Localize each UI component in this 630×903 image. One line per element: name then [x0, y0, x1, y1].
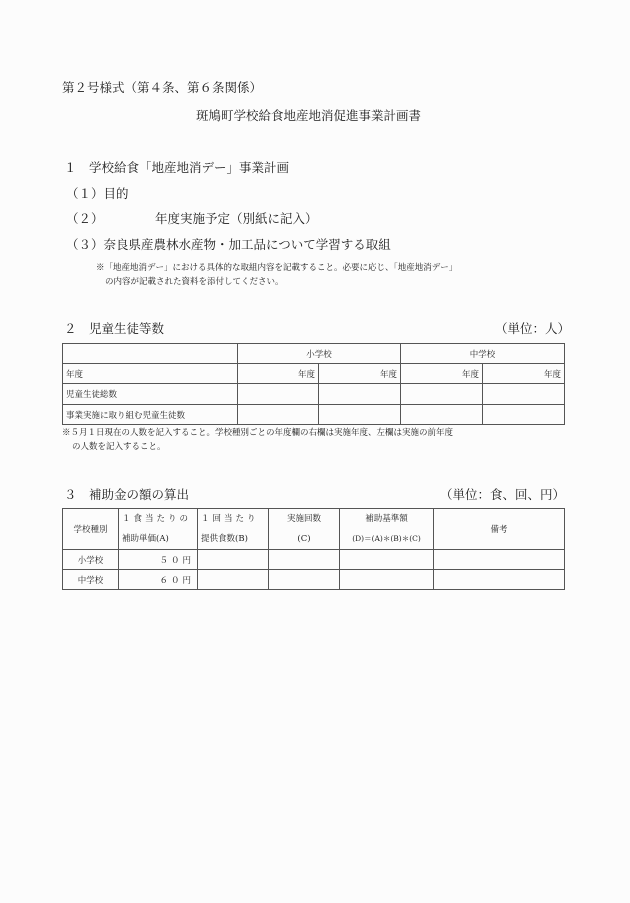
header-remarks: 備考	[434, 509, 565, 550]
section3-unit: （単位：食、回、円）	[440, 487, 565, 503]
elementary-impl-total[interactable]	[319, 384, 401, 405]
remarks-elementary[interactable]	[434, 550, 565, 570]
table-row: 中学校 ６０円	[63, 570, 565, 590]
elementary-impl-year[interactable]: 年度	[319, 364, 401, 384]
student-count-table: 小学校 中学校 年度 年度 年度 年度 年度 児童生徒総数 事業実施に取り組む児…	[62, 343, 565, 425]
table-row: 小学校 ５０円	[63, 550, 565, 570]
header-unit-price: １食当たりの 補助単価(A)	[119, 509, 198, 550]
elementary-prev-participating[interactable]	[238, 405, 319, 425]
document-title: 斑鳩町学校給食地産地消促進事業計画書	[196, 108, 421, 124]
section2-heading: ２ 児童生徒等数	[64, 321, 164, 337]
school-type-junior-high: 中学校	[63, 570, 119, 590]
junior-impl-year[interactable]: 年度	[483, 364, 565, 384]
table-row: 児童生徒総数	[63, 384, 565, 405]
row-label-participating-students: 事業実施に取り組む児童生徒数	[63, 405, 238, 425]
row-label-total-students: 児童生徒総数	[63, 384, 238, 405]
header-times: 実施回数 (C)	[269, 509, 340, 550]
elementary-prev-year[interactable]: 年度	[238, 364, 319, 384]
junior-prev-participating[interactable]	[401, 405, 483, 425]
section2-unit: （単位：人）	[495, 321, 570, 337]
section3-heading: ３ 補助金の額の算出	[64, 487, 189, 503]
junior-impl-participating[interactable]	[483, 405, 565, 425]
header-meals-per-time: １回当たり 提供食数(B)	[198, 509, 269, 550]
elementary-prev-total[interactable]	[238, 384, 319, 405]
section1-item-schedule-text: 年度実施予定（別紙に記入）	[155, 211, 318, 227]
corner-cell	[63, 344, 238, 364]
unit-price-elementary: ５０円	[119, 550, 198, 570]
header-school-type: 学校種別	[63, 509, 119, 550]
section2-note-line2: の人数を記入すること。	[72, 441, 166, 453]
form-number: 第２号様式（第４条、第６条関係）	[62, 80, 262, 96]
subsidy-calculation-table: 学校種別 １食当たりの 補助単価(A) １回当たり 提供食数(B) 実施回数 (…	[62, 508, 565, 590]
remarks-junior-high[interactable]	[434, 570, 565, 590]
times-elementary[interactable]	[269, 550, 340, 570]
junior-prev-year[interactable]: 年度	[401, 364, 483, 384]
school-type-elementary: 小学校	[63, 550, 119, 570]
group-junior-high: 中学校	[401, 344, 565, 364]
amount-elementary[interactable]	[340, 550, 434, 570]
meals-junior-high[interactable]	[198, 570, 269, 590]
meals-elementary[interactable]	[198, 550, 269, 570]
elementary-impl-participating[interactable]	[319, 405, 401, 425]
row-label-year: 年度	[63, 364, 238, 384]
unit-price-junior-high: ６０円	[119, 570, 198, 590]
section1-item-learning: （３）奈良県産農林水産物・加工品について学習する取組	[66, 237, 391, 253]
section2-note-line1: ※５月１日現在の人数を記入すること。学校種別ごとの年度欄の右欄は実施年度、左欄は…	[62, 427, 453, 439]
section1-heading: １ 学校給食「地産地消デー」事業計画	[64, 160, 289, 176]
header-base-amount: 補助基準額 (D)＝(A)＊(B)＊(C)	[340, 509, 434, 550]
times-junior-high[interactable]	[269, 570, 340, 590]
section1-note-line1: ※「地産地消デー」における具体的な取組内容を記載すること。必要に応じ、「地産地消…	[96, 262, 457, 274]
table-row: 事業実施に取り組む児童生徒数	[63, 405, 565, 425]
section1-note-line2: の内容が記載された資料を添付してください。	[105, 276, 284, 288]
section1-item-schedule-label: （２）	[66, 211, 104, 227]
junior-impl-total[interactable]	[483, 384, 565, 405]
section1-item-purpose: （１）目的	[66, 186, 129, 202]
table-row: 年度 年度 年度 年度 年度	[63, 364, 565, 384]
group-elementary: 小学校	[238, 344, 401, 364]
amount-junior-high[interactable]	[340, 570, 434, 590]
junior-prev-total[interactable]	[401, 384, 483, 405]
